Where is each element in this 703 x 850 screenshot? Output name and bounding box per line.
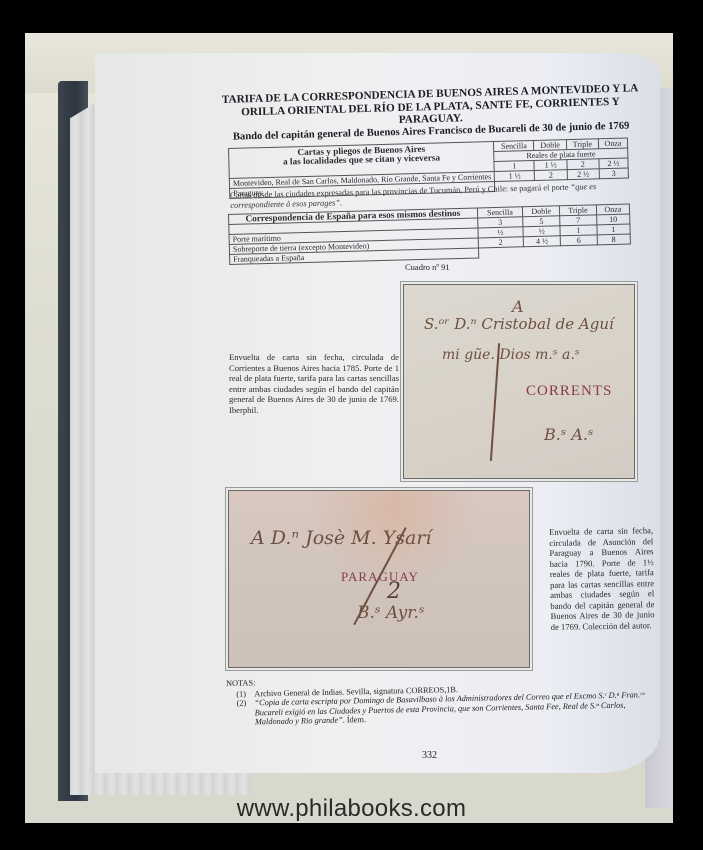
envelope-script-line: S.ᵒʳ D.ⁿ Cristobal de Aguí bbox=[424, 315, 614, 333]
envelope-script-line: A bbox=[512, 297, 524, 316]
envelope-image-paraguay: A D.ⁿ Josè M. Ysarí PARAGUAY 2 B.ˢ Ayr.ˢ bbox=[228, 490, 530, 668]
notes-section: NOTAS: (1) Archivo General de Indias. Se… bbox=[226, 670, 657, 728]
table-caption: Cuadro nº 91 bbox=[405, 262, 450, 272]
envelope-image-corrientes: A S.ᵒʳ D.ⁿ Cristobal de Aguí mi gũe. Dio… bbox=[403, 284, 635, 479]
postmark-stamp: CORRENTS bbox=[526, 383, 612, 400]
envelope-script-line: mi gũe. Dios m.ˢ a.ˢ bbox=[442, 347, 580, 363]
envelope-script-line: B.ˢ A.ˢ bbox=[544, 425, 593, 444]
page-number: 332 bbox=[422, 750, 437, 761]
caption-envelope-2: Envuelta de carta sin fecha, circulada d… bbox=[549, 525, 655, 632]
envelope-script-line: B.ˢ Ayr.ˢ bbox=[357, 603, 425, 623]
rate-table-espana: Correspondencia de España para esos mism… bbox=[228, 203, 631, 265]
page-title: TARIFA DE LA CORRESPONDENCIA DE BUENOS A… bbox=[220, 82, 641, 144]
watermark-url: www.philabooks.com bbox=[0, 795, 703, 823]
page-content: TARIFA DE LA CORRESPONDENCIA DE BUENOS A… bbox=[0, 0, 703, 850]
rate-mark: 2 bbox=[387, 579, 401, 604]
caption-envelope-1: Envuelta de carta sin fecha, circulada d… bbox=[229, 352, 399, 415]
